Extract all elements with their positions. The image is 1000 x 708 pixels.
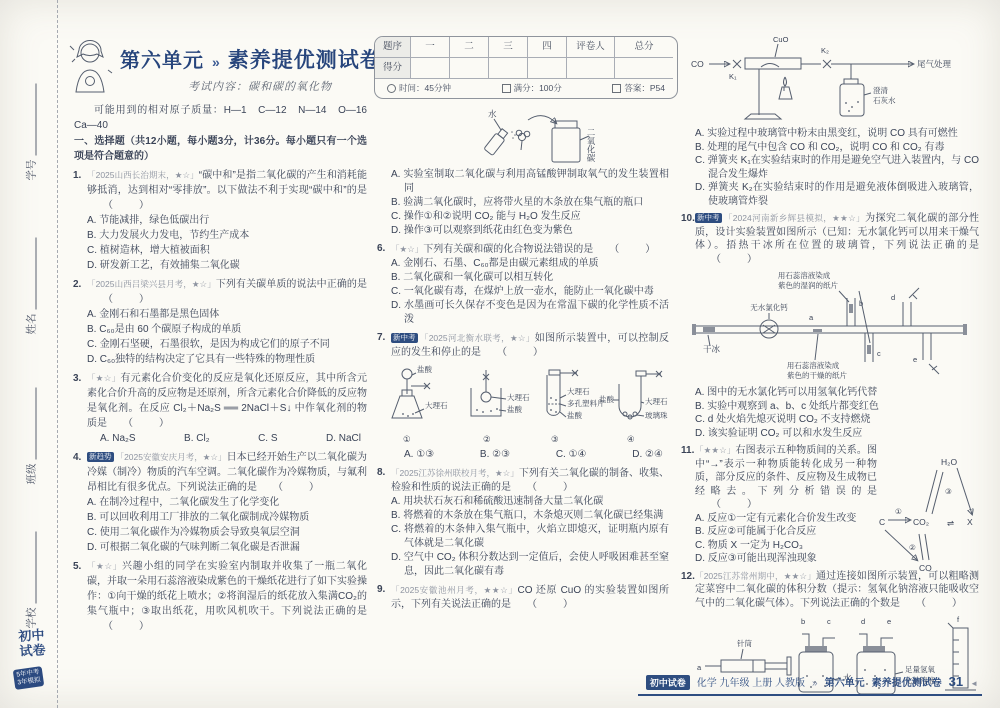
score-col-3: 三 (489, 37, 528, 58)
option-d: D. C₆₀独特的结构决定了它具有一些特殊的物理性质 (87, 352, 367, 367)
label-d3-acid: 盐酸 (567, 410, 582, 420)
option-b: B. 二氧化碳和一氧化碳可以相互转化 (391, 271, 669, 285)
question-source: 「★☆」 (391, 244, 423, 254)
point-e: e (887, 617, 891, 626)
answer-bracket: （ ） (711, 499, 759, 510)
option-c: C. 一氧化碳有毒，在煤炉上放一壶水，能防止一氧化碳中毒 (391, 285, 669, 299)
figure-q9-co-reduction-apparatus: CO K₁ CuO K₂ 尾气处理 澄清 石灰水 (683, 31, 979, 125)
question-number: 2. (73, 277, 81, 292)
clock-icon (387, 84, 396, 93)
question-source: 「2025河北衡水联考，★☆」 (420, 333, 535, 343)
option-c: C. 植树造林，增大植被面积 (87, 243, 367, 258)
figure-q10-glass-tube-apparatus: 用石蕊溶液染成 紫色的湿润的纸片 干冰 无水氯化钙 a b c (683, 268, 979, 384)
footer-badge: 初中试卷 (646, 675, 690, 690)
option-b: B. C₆₀是由 60 个碳原子构成的单质 (87, 322, 367, 337)
name-blank (26, 238, 36, 310)
label-d1-marble: 大理石 (425, 400, 448, 410)
school-blank (26, 532, 36, 604)
question-number: 10. (681, 212, 695, 226)
score-cell-grader (567, 58, 615, 79)
label-d3-marble: 大理石 (567, 386, 590, 396)
question-source: 「2025山西吕梁兴县月考，★☆」 (87, 279, 216, 289)
question-number: 3. (73, 371, 81, 386)
question-source: 「2025山西长治期末，★☆」 (87, 170, 199, 180)
answer-bracket: （ ） (123, 418, 171, 429)
class-label: 班级 (24, 464, 39, 485)
option-b: B. 反应②可能属于化合反应 (695, 525, 877, 539)
test-paper-page: 学号 姓名 班级 学校 初中 试卷 5年中考 3年模拟 第六单元 » 素养提优测… (0, 0, 1000, 708)
option-a: A. Na₂S (100, 431, 136, 446)
new-trend-badge: 新趋势 (87, 452, 114, 462)
question-number: 7. (377, 331, 385, 345)
answer-bracket: （ ） (527, 599, 575, 610)
student-id-blank (26, 84, 36, 156)
score-table: 题序 一 二 三 四 评卷人 总分 得分 时间：45分钟 满分：100分 答案：… (374, 36, 678, 99)
question-6: 6. 「★☆」下列有关碳和碳的化合物说法错误的是（ ） A. 金刚石、石墨、C₆… (378, 242, 669, 327)
question-source: 「2024河南新乡辉县模拟，★★☆」 (724, 213, 866, 223)
option-a: A. 用块状石灰石和稀硫酸迅速制备大量二氧化碳 (391, 495, 669, 509)
label-limewater-2: 石灰水 (873, 95, 896, 105)
question-stem: 「★★☆」右图表示五种物质间的关系。图中“→”表示一种物质能转化成另一种物质，部… (695, 444, 877, 512)
question-1: 1. 「2025山西长治期末，★☆」“碳中和”是指二氧化碳的产生和消耗能够抵消，… (74, 168, 367, 273)
question-number: 5. (73, 559, 81, 574)
answer-meta: 答案：P54 (612, 82, 665, 94)
caption-1: ① (403, 434, 411, 444)
question-source: 「2025江苏常州期中，★★☆」 (695, 571, 816, 581)
answer-bracket: （ ） (711, 254, 759, 265)
label-co-gas: CO (691, 59, 704, 69)
page-number: 31 (949, 674, 963, 689)
point-a: a (809, 313, 814, 322)
node-h2o: H₂O (941, 457, 957, 467)
name-field: 姓名 (24, 205, 39, 335)
option-a: A. 金刚石和石墨都是黑色固体 (87, 307, 367, 322)
option-a: A. 实验室制取二氧化碳与利用高锰酸钾制取氧气的发生装置相同 (391, 168, 669, 196)
atomic-mass-note: 可能用到的相对原子质量：H—1 C—12 N—14 O—16 Ca—40 (74, 103, 367, 133)
option-a: A. 实验过程中玻璃管中粉末由黑变红，说明 CO 具有可燃性 (695, 127, 979, 141)
option-a: A. 金刚石、石墨、C₆₀都是由碳元素组成的单质 (391, 257, 669, 271)
node-x: X (967, 517, 973, 527)
question-source: 「★☆」 (87, 561, 122, 571)
student-id-label: 学号 (24, 160, 39, 181)
option-d: D. ②④ (632, 448, 663, 462)
label-naoh-1: 足量氢氧 (905, 664, 935, 674)
stem-text: 下列有关碳和碳的化合物说法错误的是 (423, 244, 593, 255)
label-dry-paper-2: 紫色的干燥的纸片 (787, 370, 847, 380)
footer-separator: » (812, 678, 818, 689)
label-syringe: 针筒 (737, 638, 752, 648)
question-number: 6. (377, 242, 385, 256)
question-9-stem: 9. 「2025安徽池州月考，★★☆」CO 还原 CuO 的实验装置如图所示，下… (378, 583, 669, 612)
question-2: 2. 「2025山西吕梁兴县月考，★☆」下列有关碳单质的说法中正确的是（ ） A… (74, 277, 367, 367)
label-tail-gas: 尾气处理 (917, 59, 952, 69)
option-a: A. 在制冷过程中，二氧化碳发生了化学变化 (87, 495, 367, 510)
point-c: c (877, 349, 881, 358)
answer-icon (612, 84, 621, 93)
score-col-4: 四 (528, 37, 567, 58)
option-c: C. ①④ (556, 448, 587, 462)
question-7: 7. 新中考「2025河北衡水联考，★☆」如图所示装置中，可以控制反应的发生和停… (378, 331, 669, 462)
reaction-3: ③ (945, 487, 952, 496)
time-text: 时间：45分钟 (399, 82, 451, 94)
label-d1-acid: 盐酸 (417, 364, 432, 374)
option-b: B. 处理的尾气中包含 CO 和 CO₂，说明 CO 和 CO₂ 有毒 (695, 141, 979, 155)
question-stem: 新中考「2024河南新乡辉县模拟，★★☆」为探究二氧化碳的部分性质，设计实验装置… (695, 212, 979, 266)
answer-bracket: （ ） (497, 347, 545, 358)
question-4: 4. 新趋势「2025安徽安庆月考，★☆」日本已经开始生产以二氧化碳为冷媒（制冷… (74, 450, 367, 555)
point-a: a (697, 663, 702, 672)
reaction-2: ② (909, 543, 916, 552)
figure-q5-spray-flower-bottle: 水 二氧化碳 (424, 108, 624, 166)
class-field: 班级 (24, 355, 39, 485)
option-d: D. 操作③可以观察到纸花由红色变为紫色 (391, 224, 669, 238)
label-d2-acid: 盐酸 (507, 404, 522, 414)
option-b: B. ②③ (480, 448, 510, 462)
binding-line (57, 0, 58, 708)
score-cell-1 (411, 58, 450, 79)
class-blank (26, 388, 36, 460)
score-col-grader: 评卷人 (567, 37, 615, 58)
option-c: C. 将燃着的木条伸入集气瓶中，火焰立即熄灭，证明瓶内原有气体就是二氧化碳 (391, 523, 669, 551)
figure-q7-four-apparatus: 盐酸 大理石 ① 大理石 盐酸 ② 大理石 (381, 362, 671, 446)
option-d: D. 可根据二氧化碳的气味判断二氧化碳是否泄漏 (87, 540, 367, 555)
option-d: D. NaCl (326, 431, 361, 446)
answer-text: 答案：P54 (624, 82, 665, 94)
column-2: 水 二氧化碳 A. 实验室制取二氧化碳与利用高锰酸钾制取氧气的发生装置相同 B.… (378, 106, 669, 612)
label-wet-paper-1: 用石蕊溶液染成 (778, 270, 831, 280)
option-c: C. 物质 X 一定为 H₂CO₃ (695, 539, 877, 553)
node-c: C (879, 517, 885, 527)
option-c: C. 弹簧夹 K₁在实验结束时的作用是避免空气进入装置内，与 CO 混合发生爆炸 (695, 154, 979, 181)
question-source: 「2025安徽池州月考，★★☆」 (391, 585, 518, 595)
caption-3: ③ (551, 434, 559, 444)
caption-4: ④ (627, 434, 635, 444)
option-b: B. 实验中观察到 a、b、c 处纸片都变红色 (695, 400, 979, 414)
column-3: CO K₁ CuO K₂ 尾气处理 澄清 石灰水 (682, 29, 979, 702)
unit-title: 第六单元 (120, 44, 204, 73)
answer-bracket: （ ） (916, 598, 964, 609)
option-a: A. 图中的无水氯化钙可以用氢氧化钙代替 (695, 386, 979, 400)
name-label: 姓名 (24, 314, 39, 335)
label-d2-marble: 大理石 (507, 392, 530, 402)
question-9-options: A. 实验过程中玻璃管中粉末由黑变红，说明 CO 具有可燃性 B. 处理的尾气中… (682, 127, 979, 208)
label-d4-glass-beads: 玻璃珠 (645, 410, 668, 420)
column-1: 可能用到的相对原子质量：H—1 C—12 N—14 O—16 Ca—40 一、选… (74, 103, 367, 634)
page-arrow-icon: ◄ (970, 679, 978, 688)
question-source: 「2025安徽安庆月考，★☆」 (116, 452, 227, 462)
label-limewater-1: 澄清 (873, 85, 888, 95)
option-c: C. S (258, 431, 277, 446)
section-title: 一、选择题 (74, 136, 125, 147)
option-b: B. Cl₂ (184, 431, 210, 446)
caption-2: ② (483, 434, 491, 444)
question-number: 4. (73, 450, 81, 465)
option-d: D. 弹簧夹 K₂在实验结束时的作用是避免液体倒吸进入玻璃管，使玻璃管炸裂 (695, 181, 979, 208)
stem-text: 下列有关碳单质的说法中正确的是 (216, 279, 367, 290)
question-source: 「★★☆」 (695, 445, 735, 455)
score-col-2: 二 (450, 37, 489, 58)
question-5-stem: 5. 「★☆」兴趣小组的同学在实验室内制取并收集了一瓶二氧化碳，并取一朵用石蕊溶… (74, 559, 367, 634)
question-5-options: A. 实验室制取二氧化碳与利用高锰酸钾制取氧气的发生装置相同 B. 验满二氧化碳… (378, 168, 669, 238)
section-header: 一、选择题（共12小题，每小题3分，计36分。每小题只有一个选项是符合题意的） (74, 134, 367, 164)
question-3: 3. 「★☆」有元素化合价变化的反应是氧化还原反应，其中所含元素化合价升高的反应… (74, 371, 367, 446)
answer-bracket: （ ） (609, 244, 657, 255)
footer-unit: 第六单元 (825, 674, 865, 689)
options-inline-row: A. Na₂S B. Cl₂ C. S D. NaCl (87, 431, 367, 446)
footer-test-name: 素养提优测试卷 (872, 674, 942, 689)
point-e: e (913, 355, 917, 364)
brand-logo: 5年中考 3年模拟 (13, 666, 45, 690)
option-c: C. 使用二氧化碳作为冷媒物质会导致臭氧层空洞 (87, 525, 367, 540)
label-dry-paper-1: 用石蕊溶液染成 (787, 360, 840, 370)
full-score-meta: 满分：100分 (502, 82, 562, 94)
label-cacl2: 无水氯化钙 (750, 302, 788, 312)
question-stem: 「2025山西吕梁兴县月考，★☆」下列有关碳单质的说法中正确的是（ ） (87, 277, 367, 307)
brand-logo-line2: 3年模拟 (17, 676, 41, 687)
score-cell-4 (528, 58, 567, 79)
full-score-text: 满分：100分 (514, 82, 562, 94)
question-number: 11. (681, 444, 694, 458)
test-title: 素养提优测试卷 (228, 44, 382, 74)
label-carbon-dioxide: 二氧化碳 (586, 128, 596, 163)
new-exam-badge: 新中考 (391, 333, 418, 343)
new-exam-badge: 新中考 (695, 213, 722, 223)
score-icon (502, 84, 511, 93)
school-field: 学校 (24, 499, 39, 629)
answer-bracket: （ ） (103, 200, 151, 211)
label-k2-clamp: K₂ (821, 46, 829, 55)
spine-label: 初中 试卷 (11, 627, 53, 660)
score-col-header: 题序 (375, 37, 411, 58)
option-a: A. 反应①一定有元素化合价发生改变 (695, 512, 877, 526)
question-number: 9. (377, 583, 385, 597)
question-11: 11. 「★★☆」右图表示五种物质间的关系。图中“→”表示一种物质能转化成另一种… (682, 444, 979, 566)
score-cell-2 (450, 58, 489, 79)
equilibrium-arrow: ⇌ (947, 518, 954, 528)
question-source: 「★☆」 (87, 373, 120, 383)
question-stem: 「★☆」下列有关碳和碳的化合物说法错误的是（ ） (391, 242, 669, 257)
point-d: d (891, 293, 895, 302)
exam-meta: 时间：45分钟 满分：100分 答案：P54 (375, 79, 677, 98)
question-source: 「2025江苏徐州联校月考，★☆」 (391, 468, 519, 478)
question-stem: 新趋势「2025安徽安庆月考，★☆」日本已经开始生产以二氧化碳为冷媒（制冷）物质… (87, 450, 367, 495)
node-co2: CO₂ (913, 517, 929, 527)
student-id-field: 学号 (24, 51, 39, 181)
question-10: 10. 新中考「2024河南新乡辉县模拟，★★☆」为探究二氧化碳的部分性质，设计… (682, 212, 979, 440)
option-c: C. 操作①和②说明 CO₂ 能与 H₂O 发生反应 (391, 210, 669, 224)
point-d: d (861, 617, 865, 626)
question-stem: 「★☆」有元素化合价变化的反应是氧化还原反应，其中所含元素化合价升高的反应物是还… (87, 371, 367, 431)
point-b: b (801, 617, 805, 626)
stem-text: 兴趣小组的同学在实验室内制取并收集了一瓶二氧化碳，并取一朵用石蕊溶液染成紫色的干… (87, 561, 367, 617)
option-c: C. d 处火焰先熄灭说明 CO₂ 不支持燃烧 (695, 413, 979, 427)
question-stem: 「★☆」兴趣小组的同学在实验室内制取并收集了一瓶二氧化碳，并取一朵用石蕊溶液染成… (87, 559, 367, 634)
label-dry-ice: 干冰 (703, 344, 721, 354)
mascot-illustration (66, 36, 114, 94)
question-stem: 「2025安徽池州月考，★★☆」CO 还原 CuO 的实验装置如图所示，下列有关… (391, 583, 669, 612)
reaction-1: ① (895, 507, 902, 516)
page-title: 第六单元 » 素养提优测试卷 (120, 44, 382, 74)
option-d: D. 该实验证明 CO₂ 可以和水发生反应 (695, 427, 979, 441)
label-water: 水 (488, 109, 497, 119)
exam-content-subtitle: 考试内容：碳和碳的氧化物 (188, 78, 332, 94)
option-c: C. 金刚石坚硬，石墨很软，是因为构成它们的原子不同 (87, 337, 367, 352)
option-b: B. 大力发展火力发电，节约生产成本 (87, 228, 367, 243)
option-b: B. 可以回收利用工厂排放的二氧化碳制成冷媒物质 (87, 510, 367, 525)
question-stem: 「2025江苏徐州联校月考，★☆」下列有关二氧化碳的制备、收集、检验和性质的说法… (391, 466, 669, 495)
page-footer: 初中试卷 化学 九年级 上册 人教版 » 第六单元 素养提优测试卷 31 ◄ (638, 674, 982, 696)
answer-bracket: （ ） (103, 294, 151, 305)
score-cell-total (615, 58, 673, 79)
options-inline-row: A. ①③ B. ②③ C. ①④ D. ②④ (391, 448, 669, 462)
question-number: 8. (377, 466, 385, 480)
label-d4-acid: 盐酸 (599, 394, 614, 404)
label-k1-clamp: K₁ (729, 72, 737, 81)
score-row-label: 得分 (375, 58, 411, 79)
time-meta: 时间：45分钟 (387, 82, 451, 94)
point-c: c (827, 617, 831, 626)
option-a: A. ①③ (404, 448, 434, 462)
question-8: 8. 「2025江苏徐州联校月考，★☆」下列有关二氧化碳的制备、收集、检验和性质… (378, 466, 669, 579)
question-stem: 新中考「2025河北衡水联考，★☆」如图所示装置中，可以控制反应的发生和停止的是… (391, 331, 669, 360)
question-stem: 「2025江苏常州期中，★★☆」通过连接如图所示装置，可以粗略测定菜窖中二氧化碳… (695, 570, 979, 611)
school-label: 学校 (24, 608, 39, 629)
option-d: D. 水墨画可长久保存不变色是因为在常温下碳的化学性质不活泼 (391, 299, 669, 327)
figure-q11-substance-relations: H₂O C CO₂ ⇌ X CO ① ③ ② (873, 452, 985, 576)
question-number: 12. (681, 570, 695, 584)
question-number: 1. (73, 168, 81, 183)
score-col-1: 一 (411, 37, 450, 58)
answer-bracket: （ ） (527, 482, 575, 493)
answer-bracket: （ ） (103, 621, 151, 632)
footer-series: 化学 九年级 上册 人教版 (697, 674, 805, 689)
option-b: B. 将燃着的木条放在集气瓶口，木条熄灭则二氧化碳已经集满 (391, 509, 669, 523)
score-col-total: 总分 (615, 37, 673, 58)
label-wet-paper-2: 紫色的湿润的纸片 (778, 280, 838, 290)
answer-bracket: （ ） (273, 482, 321, 493)
option-d: D. 空气中 CO₂ 体积分数达到一定值后，会使人呼吸困难甚至窒息，因此二氧化碳… (391, 551, 669, 579)
option-d: D. 反应③可能出现浑浊现象 (695, 552, 877, 566)
label-cuo: CuO (773, 35, 789, 44)
option-a: A. 节能减排，绿色低碳出行 (87, 213, 367, 228)
point-f: f (957, 615, 960, 624)
option-b: B. 验满二氧化碳时，应将带火星的木条放在集气瓶的瓶口 (391, 196, 669, 210)
option-d: D. 研发新工艺，有效捕集二氧化碳 (87, 258, 367, 273)
score-cell-3 (489, 58, 528, 79)
label-d4-marble: 大理石 (645, 396, 668, 406)
score-grid: 题序 一 二 三 四 评卷人 总分 得分 (375, 37, 677, 79)
title-separator: » (212, 54, 220, 70)
question-stem: 「2025山西长治期末，★☆」“碳中和”是指二氧化碳的产生和消耗能够抵消，达到相… (87, 168, 367, 213)
